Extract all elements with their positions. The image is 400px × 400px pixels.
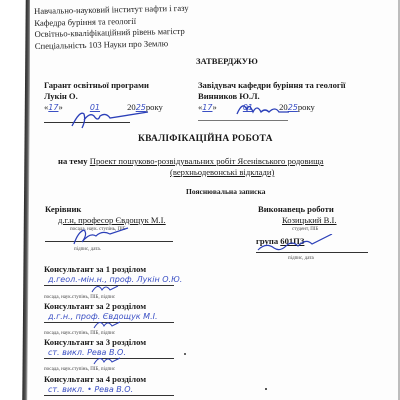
supervisor-value: д.г.н, професор Євдощук М.І. [58,215,166,225]
work-topic-line1: Проект пошуково-розвідувальних робіт Ясе… [90,156,324,166]
performer-value: Козицький В.І. [282,215,337,225]
performer-signature-icon [256,234,336,256]
supervisor-label: Керівник [45,204,81,214]
head-signature-icon [235,100,291,118]
consultant-1-caption: посада, наук.ступінь, ПІБ, підпис [44,295,115,300]
consultant-2-caption: посада, наук.ступінь, ПІБ, підпис [44,331,115,336]
work-title: КВАЛІФІКАЦІЙНА РОБОТА [138,134,273,144]
supervisor-sign-caption: підпис, дата. [74,247,101,252]
consultant-2-label: Консультант за 2 розділом [44,301,146,311]
consultant-1-signature-icon [90,282,120,294]
performer-sign-caption: підпис, дата [288,256,314,261]
performer-caption: студент, ПІБ [292,227,318,232]
consultant-1-label: Консультант за 1 розділом [44,264,146,274]
consultant-2-signature-icon [92,318,122,330]
scan-dot [265,388,267,390]
guarantor-role: Гарант освітньої програми [44,80,149,90]
explanatory-note: Пояснювальна записка [186,187,265,196]
header-block: Навчально-науковий інститут нафти і газу… [34,3,189,52]
scan-dot [184,353,186,355]
consultant-3-label: Консультант за 3 розділом [44,337,146,347]
head-signature-line [198,120,288,121]
approve-title: ЗАТВЕРДЖУЮ [196,56,258,66]
consultant-4-label: Консультант за 4 розділом [44,374,146,384]
supervisor-signature-icon [70,226,130,248]
consultant-4-line [44,395,174,396]
consultant-3-caption: посада, наук.ступінь, ПІБ, підпис [44,367,115,372]
guarantor-signature-icon [70,108,150,130]
work-topic: на тему Проект пошуково-розвідувальних р… [58,156,324,166]
work-topic-line2: (верхньодевонські відклади) [170,167,274,177]
head-role: Завідувач кафедри буріння та геології [198,80,346,90]
document-page: Навчально-науковий інститут нафти і газу… [30,0,400,400]
consultant-3-signature-icon [92,354,122,366]
performer-label: Виконавець роботи [258,204,334,214]
consultant-4-handwritten: ст. викл. • Рева В.О. [48,385,133,394]
guarantor-name: Лукін О. [44,91,78,101]
